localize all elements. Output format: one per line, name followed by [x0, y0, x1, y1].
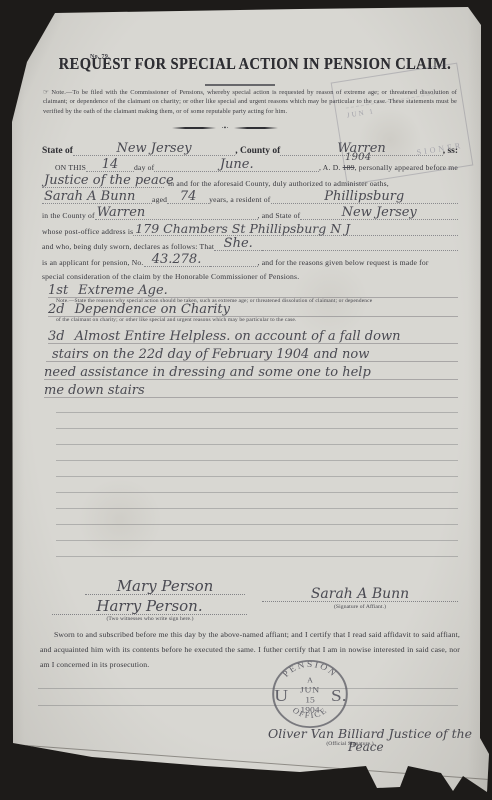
- sworn-line: and who, being duly sworn, declares as f…: [42, 236, 458, 251]
- reason-3-text: stairs on the 22d day of February 1904 a…: [52, 348, 369, 361]
- official-signature-line-2: Peace: [348, 741, 384, 753]
- sworn-label: and who, being duly sworn, declares as f…: [42, 242, 214, 251]
- ruled-line: [56, 524, 458, 525]
- stamp-center-year: 1904: [300, 705, 320, 714]
- post-office-line: whose post-office address is 179 Chamber…: [42, 220, 458, 236]
- reason-3-text: Almost Entire Helpless. on account of a …: [75, 330, 401, 343]
- stamp-center-a: A: [307, 676, 313, 685]
- county-state-line: in the County of Warren , and State of N…: [42, 204, 458, 220]
- blank-fill: [210, 266, 258, 267]
- affiant-signature: Sarah A Bunn: [262, 580, 458, 602]
- ruled-line: [56, 428, 458, 429]
- aged-label: aged: [152, 195, 167, 204]
- on-this-label: ON THIS: [55, 163, 86, 172]
- reason-1-number: 1st: [48, 284, 68, 297]
- pension-number: 43.278.: [144, 253, 210, 267]
- ruled-line: [56, 476, 458, 477]
- sworn-value: She.: [214, 237, 262, 251]
- reason-note-2: of the claimant on charity; or other lik…: [56, 317, 296, 323]
- reason-1: 1st Extreme Age.: [48, 282, 458, 298]
- official-signature: Oliver Van Billiard Justice of the: [268, 718, 490, 740]
- witness-caption: (Two witnesses who write sign here.): [55, 616, 245, 622]
- reason-2-text: Dependence on Charity: [75, 303, 230, 316]
- state2-value: New Jersey: [300, 206, 458, 220]
- affiant-caption: (Signature of Affiant.): [262, 604, 458, 610]
- witness-1-name: Mary Person: [117, 579, 214, 594]
- state-label: State of: [42, 146, 73, 156]
- ruled-line: [56, 508, 458, 509]
- po-value: 179 Chambers St Phillipsburg N J: [133, 223, 458, 237]
- ruled-line: [56, 444, 458, 445]
- blank-fill: [262, 250, 458, 251]
- document-scan: No. 79. REQUEST FOR SPECIAL ACTION IN PE…: [0, 0, 492, 800]
- stamp-letter-s: S.: [331, 686, 346, 705]
- month-value: June.: [154, 158, 319, 172]
- ruled-line: [38, 688, 458, 689]
- state-value: New Jersey: [73, 142, 235, 156]
- ornament-divider: ·•·: [160, 124, 290, 132]
- reason-3-number: 3d: [48, 330, 65, 343]
- reason-2: 2d Dependence on Charity: [48, 301, 458, 317]
- ruled-line: [38, 705, 458, 706]
- stamp-center-month: JUN: [300, 685, 320, 694]
- witness-signature-2: Harry Person.: [52, 594, 247, 615]
- stamp-letter-u: U: [274, 686, 288, 705]
- reason-3-line-3: need assistance in dressing and some one…: [44, 361, 458, 380]
- title-divider: [205, 84, 275, 86]
- paper-crease: [12, 744, 491, 780]
- certification-paragraph: Sworn to and subscribed before me this d…: [40, 627, 460, 672]
- faint-received-stamp: JUN 1 SIONER: [331, 63, 474, 186]
- ruled-line: [56, 460, 458, 461]
- stamp-center-day: 15: [305, 695, 315, 704]
- day-of-label: day of: [134, 163, 154, 172]
- faint-stamp-date: JUN 1: [346, 92, 447, 119]
- reason-3-line-1: 3d Almost Entire Helpless. on account of…: [48, 325, 458, 344]
- ruled-line: [56, 492, 458, 493]
- day-value: 14: [86, 158, 134, 172]
- ad-prefix: , A. D.: [319, 163, 340, 172]
- county2-label: in the County of: [42, 211, 95, 220]
- pension-number-line: is an applicant for pension, No. 43.278.…: [42, 252, 458, 267]
- residence-value: Phillipsburg: [271, 190, 459, 204]
- county-label: , County of: [235, 146, 280, 156]
- reason-3-text: need assistance in dressing and some one…: [44, 366, 371, 379]
- pension-label: is an applicant for pension, No.: [42, 258, 144, 267]
- ruled-line: [56, 412, 458, 413]
- faint-stamp-text: SIONER: [416, 141, 464, 157]
- ruled-line: [56, 556, 458, 557]
- consideration-line: special consideration of the claim by th…: [42, 272, 299, 281]
- pointing-hand-icon: ☞: [43, 89, 49, 96]
- county2-value: Warren: [95, 206, 191, 220]
- state2-label: , and State of: [258, 211, 301, 220]
- reason-1-text: Extreme Age.: [78, 284, 168, 297]
- reason-2-number: 2d: [48, 303, 65, 316]
- resident-label: years, a resident of: [209, 195, 270, 204]
- pension-rest: , and for the reasons given below reques…: [258, 258, 429, 267]
- official-signature-name: Oliver Van Billiard Justice of the: [268, 728, 472, 741]
- affiant-signature-name: Sarah A Bunn: [311, 587, 409, 601]
- witness-signature-1: Mary Person: [85, 574, 245, 595]
- officer-value: Justice of the peace: [42, 174, 164, 188]
- reason-3-line-2: stairs on the 22d day of February 1904 a…: [46, 343, 458, 362]
- ornament-dots: ·•·: [221, 124, 228, 132]
- witness-2-name: Harry Person.: [96, 599, 202, 614]
- ruled-line: [56, 540, 458, 541]
- form-paper: No. 79. REQUEST FOR SPECIAL ACTION IN PE…: [0, 0, 492, 800]
- po-label: whose post-office address is: [42, 227, 133, 236]
- affiant-name: Sarah A Bunn: [42, 190, 152, 204]
- age-value: 74: [167, 190, 209, 204]
- reason-3-line-4: me down stairs: [44, 379, 458, 398]
- reason-3-text: me down stairs: [44, 384, 145, 397]
- affiant-line: Sarah A Bunn aged 74 years, a resident o…: [42, 187, 458, 204]
